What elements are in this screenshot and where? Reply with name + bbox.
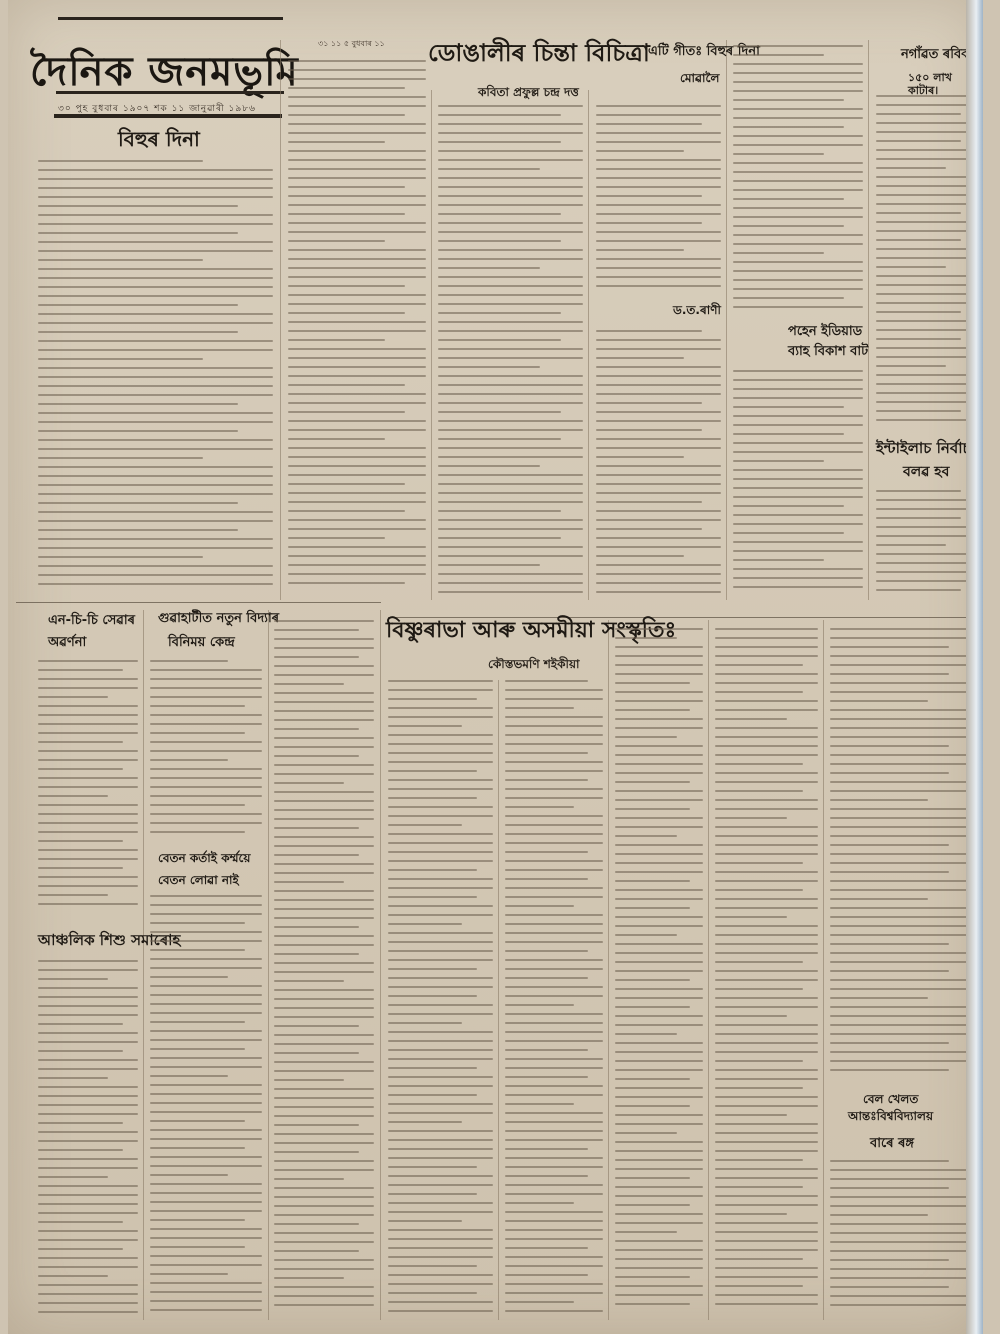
text-line	[830, 1033, 970, 1035]
text-line	[615, 1105, 690, 1107]
text-line	[288, 321, 426, 323]
text-line	[505, 779, 588, 781]
text-line	[274, 746, 374, 748]
text-line	[715, 682, 818, 684]
text-line	[830, 1169, 970, 1171]
text-line	[150, 913, 262, 915]
headline-pahen-idiot: পহেন ইডিয়াড	[788, 325, 862, 340]
text-line	[715, 646, 818, 648]
text-line	[38, 502, 238, 504]
text-line	[388, 752, 493, 754]
text-line	[615, 1195, 703, 1197]
text-line	[150, 1309, 262, 1311]
text-line	[38, 723, 138, 725]
text-line	[596, 402, 702, 404]
text-line	[388, 716, 493, 718]
text-line	[505, 1130, 603, 1132]
text-line	[288, 393, 426, 395]
text-line	[505, 896, 603, 898]
column-rule	[280, 40, 281, 600]
text-line	[438, 204, 583, 206]
text-line	[150, 1057, 262, 1059]
text-line	[876, 490, 961, 492]
text-line	[38, 1032, 138, 1034]
newspaper-page: দৈনিক জনমভূমি ৩০ পুহ বুধবাৰ ১৯০৭ শক ১১ জ…	[8, 0, 983, 1334]
text-line	[274, 1043, 374, 1045]
text-line	[388, 1256, 493, 1258]
text-line	[505, 1094, 603, 1096]
text-line	[615, 1168, 703, 1170]
text-line	[150, 786, 262, 788]
article-body	[715, 628, 818, 1320]
text-line	[38, 1059, 138, 1061]
text-line	[876, 239, 961, 241]
text-line	[830, 646, 949, 648]
text-line	[388, 833, 493, 835]
headline-guwahati-centre: গুৱাহাটীত নতুন বিদ্যাৰ	[158, 612, 279, 627]
column-rule	[380, 610, 381, 1320]
text-line	[388, 887, 493, 889]
text-line	[288, 123, 426, 125]
text-line	[596, 546, 721, 548]
text-line	[596, 213, 721, 215]
text-line	[505, 1103, 574, 1105]
text-line	[274, 665, 374, 667]
text-line	[150, 1021, 245, 1023]
text-line	[150, 1138, 262, 1140]
text-line	[615, 1186, 703, 1188]
text-line	[438, 420, 583, 422]
text-line	[505, 1220, 603, 1222]
text-line	[288, 177, 426, 179]
text-line	[274, 1070, 374, 1072]
text-line	[150, 1183, 262, 1185]
text-line	[876, 194, 976, 196]
text-line	[876, 302, 976, 304]
text-line	[388, 959, 493, 961]
text-line	[274, 1268, 374, 1270]
text-line	[38, 1068, 138, 1070]
text-line	[830, 727, 970, 729]
text-line	[615, 691, 703, 693]
text-line	[38, 1104, 138, 1106]
text-line	[830, 853, 970, 855]
text-line	[596, 285, 721, 287]
text-line	[596, 510, 721, 512]
headline-ncc-news: এন-চি-চি সেৱাৰ	[48, 614, 135, 629]
text-line	[274, 836, 374, 838]
text-line	[830, 709, 970, 711]
text-line	[388, 1274, 493, 1276]
text-line	[388, 905, 493, 907]
text-line	[596, 375, 721, 377]
text-line	[715, 862, 803, 864]
text-line	[715, 1060, 803, 1062]
text-line	[505, 986, 603, 988]
text-line	[596, 591, 721, 593]
headline-bare-rokh: বাৰে ৰঙ্গ	[870, 1137, 914, 1152]
text-line	[288, 69, 426, 71]
headline-dowalir-chinta: ডোঙালীৰ চিন্তা বিচিত্ৰা	[428, 40, 650, 68]
text-line	[830, 1015, 970, 1017]
text-line	[505, 1301, 574, 1303]
text-line	[38, 529, 238, 531]
text-line	[150, 723, 262, 725]
text-line	[38, 376, 273, 378]
text-line	[38, 996, 138, 998]
text-line	[38, 1131, 138, 1133]
text-line	[274, 692, 374, 694]
text-line	[38, 493, 273, 495]
text-line	[38, 1257, 138, 1259]
text-line	[876, 544, 946, 546]
text-line	[596, 339, 721, 341]
text-line	[733, 225, 844, 227]
text-line	[438, 357, 583, 359]
text-line	[274, 953, 359, 955]
text-line	[274, 800, 374, 802]
text-line	[38, 241, 273, 243]
text-line	[876, 293, 976, 295]
text-line	[38, 969, 138, 971]
text-line	[715, 1240, 818, 1242]
article-body	[150, 660, 262, 845]
masthead-title: দৈনিক জনমভূমি	[30, 40, 299, 107]
text-line	[830, 682, 970, 684]
text-line	[38, 205, 238, 207]
subhead-bell-sports: আন্তঃবিশ্ববিদ্যালয়	[848, 1110, 933, 1124]
text-line	[438, 195, 583, 197]
text-line	[615, 1051, 703, 1053]
text-line	[438, 222, 583, 224]
text-line	[388, 1283, 493, 1285]
text-line	[830, 1286, 949, 1288]
text-line	[150, 940, 262, 942]
text-line	[615, 889, 703, 891]
text-line	[388, 1310, 493, 1312]
text-line	[150, 705, 245, 707]
text-line	[388, 923, 462, 925]
text-line	[505, 1310, 603, 1312]
text-line	[830, 988, 970, 990]
text-line	[715, 880, 818, 882]
text-line	[288, 195, 426, 197]
text-line	[274, 1277, 344, 1279]
text-line	[715, 709, 818, 711]
text-line	[38, 556, 203, 558]
text-line	[715, 763, 803, 765]
text-line	[438, 168, 540, 170]
text-line	[715, 1141, 818, 1143]
article-body	[38, 160, 273, 595]
text-line	[274, 1259, 374, 1261]
text-line	[615, 1249, 703, 1251]
text-line	[38, 960, 138, 962]
text-line	[733, 442, 863, 444]
text-line	[38, 403, 238, 405]
text-line	[38, 340, 273, 342]
text-line	[505, 806, 574, 808]
text-line	[715, 1078, 818, 1080]
text-line	[615, 907, 690, 909]
text-line	[733, 108, 863, 110]
text-line	[38, 421, 273, 423]
text-line	[733, 162, 863, 164]
text-line	[596, 150, 684, 152]
text-line	[388, 851, 493, 853]
text-line	[150, 1084, 262, 1086]
text-line	[715, 781, 818, 783]
text-line	[733, 406, 844, 408]
text-line	[615, 628, 703, 630]
text-line	[274, 728, 359, 730]
text-line	[150, 678, 262, 680]
text-line	[150, 669, 262, 671]
text-line	[38, 1212, 138, 1214]
text-line	[596, 429, 702, 431]
text-line	[596, 105, 721, 107]
text-line	[438, 591, 583, 593]
folio: ৩১ ১১ ৫ বুধবাৰ ১১	[318, 38, 385, 51]
text-line	[288, 231, 426, 233]
text-line	[388, 1076, 493, 1078]
text-line	[505, 1121, 603, 1123]
text-line	[274, 881, 344, 883]
text-line	[733, 559, 824, 561]
text-line	[388, 1094, 477, 1096]
text-line	[388, 725, 462, 727]
text-line	[715, 1168, 818, 1170]
text-line	[505, 959, 603, 961]
text-line	[615, 970, 703, 972]
text-line	[876, 284, 976, 286]
text-line	[388, 806, 493, 808]
text-line	[288, 222, 426, 224]
text-line	[438, 573, 583, 575]
text-line	[505, 824, 603, 826]
text-line	[876, 158, 976, 160]
text-line	[150, 1210, 262, 1212]
text-line	[38, 178, 273, 180]
text-line	[505, 1031, 603, 1033]
text-line	[38, 777, 138, 779]
text-line	[38, 822, 138, 824]
text-line	[733, 81, 863, 83]
text-line	[38, 1113, 138, 1115]
text-line	[715, 853, 818, 855]
text-line	[505, 860, 603, 862]
text-line	[38, 448, 273, 450]
text-line	[505, 1085, 603, 1087]
text-line	[733, 90, 863, 92]
text-line	[505, 770, 603, 772]
text-line	[715, 718, 787, 720]
headline-weekly-price: বেতন কৰ্তাই কৰ্ম্ময়ে	[158, 852, 250, 866]
text-line	[388, 1175, 493, 1177]
text-line	[274, 1106, 374, 1108]
text-line	[288, 60, 426, 62]
text-line	[615, 799, 703, 801]
text-line	[274, 863, 374, 865]
text-line	[733, 586, 863, 588]
text-line	[505, 833, 603, 835]
text-line	[438, 177, 583, 179]
text-line	[150, 958, 262, 960]
text-line	[596, 357, 684, 359]
text-line	[615, 934, 677, 936]
text-line	[830, 1304, 970, 1306]
text-line	[715, 979, 818, 981]
text-line	[596, 537, 721, 539]
text-line	[388, 842, 493, 844]
text-line	[733, 496, 863, 498]
text-line	[388, 869, 477, 871]
text-line	[288, 411, 405, 413]
text-line	[288, 456, 426, 458]
text-line	[388, 761, 493, 763]
text-line	[288, 528, 426, 530]
text-line	[150, 1093, 262, 1095]
text-line	[715, 1033, 818, 1035]
text-line	[830, 1277, 970, 1279]
text-line	[38, 1005, 138, 1007]
text-line	[150, 1012, 262, 1014]
text-line	[715, 1285, 803, 1287]
text-line	[38, 858, 138, 860]
text-line	[596, 276, 721, 278]
text-line	[830, 1024, 970, 1026]
text-line	[505, 1058, 603, 1060]
text-line	[876, 167, 946, 169]
text-line	[288, 150, 426, 152]
text-line	[38, 759, 138, 761]
text-line	[733, 72, 863, 74]
text-line	[38, 268, 273, 270]
text-line	[438, 492, 583, 494]
text-line	[274, 1133, 374, 1135]
text-line	[438, 501, 583, 503]
text-line	[733, 153, 824, 155]
article-body	[733, 370, 863, 600]
text-line	[715, 844, 818, 846]
masthead-mid-rule	[56, 91, 284, 94]
text-line	[596, 168, 721, 170]
text-line	[388, 1193, 477, 1195]
text-line	[615, 664, 703, 666]
text-line	[733, 388, 863, 390]
article-body	[388, 680, 493, 1320]
text-line	[438, 186, 583, 188]
text-line	[288, 240, 385, 242]
section-rule	[16, 602, 381, 603]
text-line	[596, 123, 702, 125]
text-line	[274, 989, 374, 991]
text-line	[505, 878, 588, 880]
text-line	[830, 1187, 949, 1189]
text-line	[615, 1096, 703, 1098]
text-line	[288, 519, 426, 521]
text-line	[288, 348, 426, 350]
text-line	[615, 835, 677, 837]
text-line	[150, 1039, 262, 1041]
text-line	[288, 483, 405, 485]
text-line	[615, 898, 703, 900]
text-line	[438, 294, 583, 296]
text-line	[830, 1178, 970, 1180]
text-line	[38, 277, 273, 279]
text-line	[715, 898, 818, 900]
text-line	[274, 1187, 374, 1189]
text-line	[150, 831, 245, 833]
text-line	[715, 1024, 818, 1026]
text-line	[274, 962, 374, 964]
text-line	[830, 637, 970, 639]
text-line	[733, 117, 863, 119]
byline-dowalir-chinta: কবিতা প্ৰফুল্ল চন্দ্ৰ দত্ত	[478, 84, 579, 104]
text-line	[830, 925, 970, 927]
text-line	[505, 752, 588, 754]
text-line	[274, 701, 374, 703]
text-line	[388, 788, 493, 790]
text-line	[438, 348, 583, 350]
text-line	[150, 1120, 245, 1122]
text-line	[615, 988, 703, 990]
masthead-top-rule	[58, 17, 283, 20]
text-line	[596, 132, 721, 134]
text-line	[150, 1147, 245, 1149]
text-line	[876, 401, 976, 403]
text-line	[274, 998, 374, 1000]
text-line	[288, 492, 426, 494]
text-line	[596, 249, 684, 251]
text-line	[438, 447, 583, 449]
text-line	[38, 1293, 138, 1295]
text-line	[876, 329, 976, 331]
text-line	[388, 770, 477, 772]
text-line	[388, 878, 493, 880]
text-line	[388, 1049, 493, 1051]
text-line	[274, 971, 374, 973]
text-line	[615, 871, 703, 873]
text-line	[715, 1123, 818, 1125]
text-line	[38, 313, 273, 315]
text-line	[876, 571, 976, 573]
text-line	[388, 1067, 477, 1069]
text-line	[438, 312, 561, 314]
text-line	[733, 252, 824, 254]
text-line	[876, 535, 976, 537]
text-line	[715, 790, 803, 792]
text-line	[288, 285, 405, 287]
text-line	[505, 1229, 603, 1231]
text-line	[288, 132, 426, 134]
text-line	[615, 1150, 703, 1152]
text-line	[505, 1049, 588, 1051]
text-line	[830, 664, 970, 666]
text-line	[876, 203, 976, 205]
text-line	[438, 384, 583, 386]
text-line	[615, 1042, 703, 1044]
text-line	[596, 447, 721, 449]
text-line	[150, 1228, 262, 1230]
text-line	[615, 1123, 703, 1125]
text-line	[274, 683, 344, 685]
text-line	[438, 438, 561, 440]
text-line	[38, 885, 138, 887]
text-line	[615, 790, 703, 792]
text-line	[288, 96, 426, 98]
text-line	[876, 212, 961, 214]
